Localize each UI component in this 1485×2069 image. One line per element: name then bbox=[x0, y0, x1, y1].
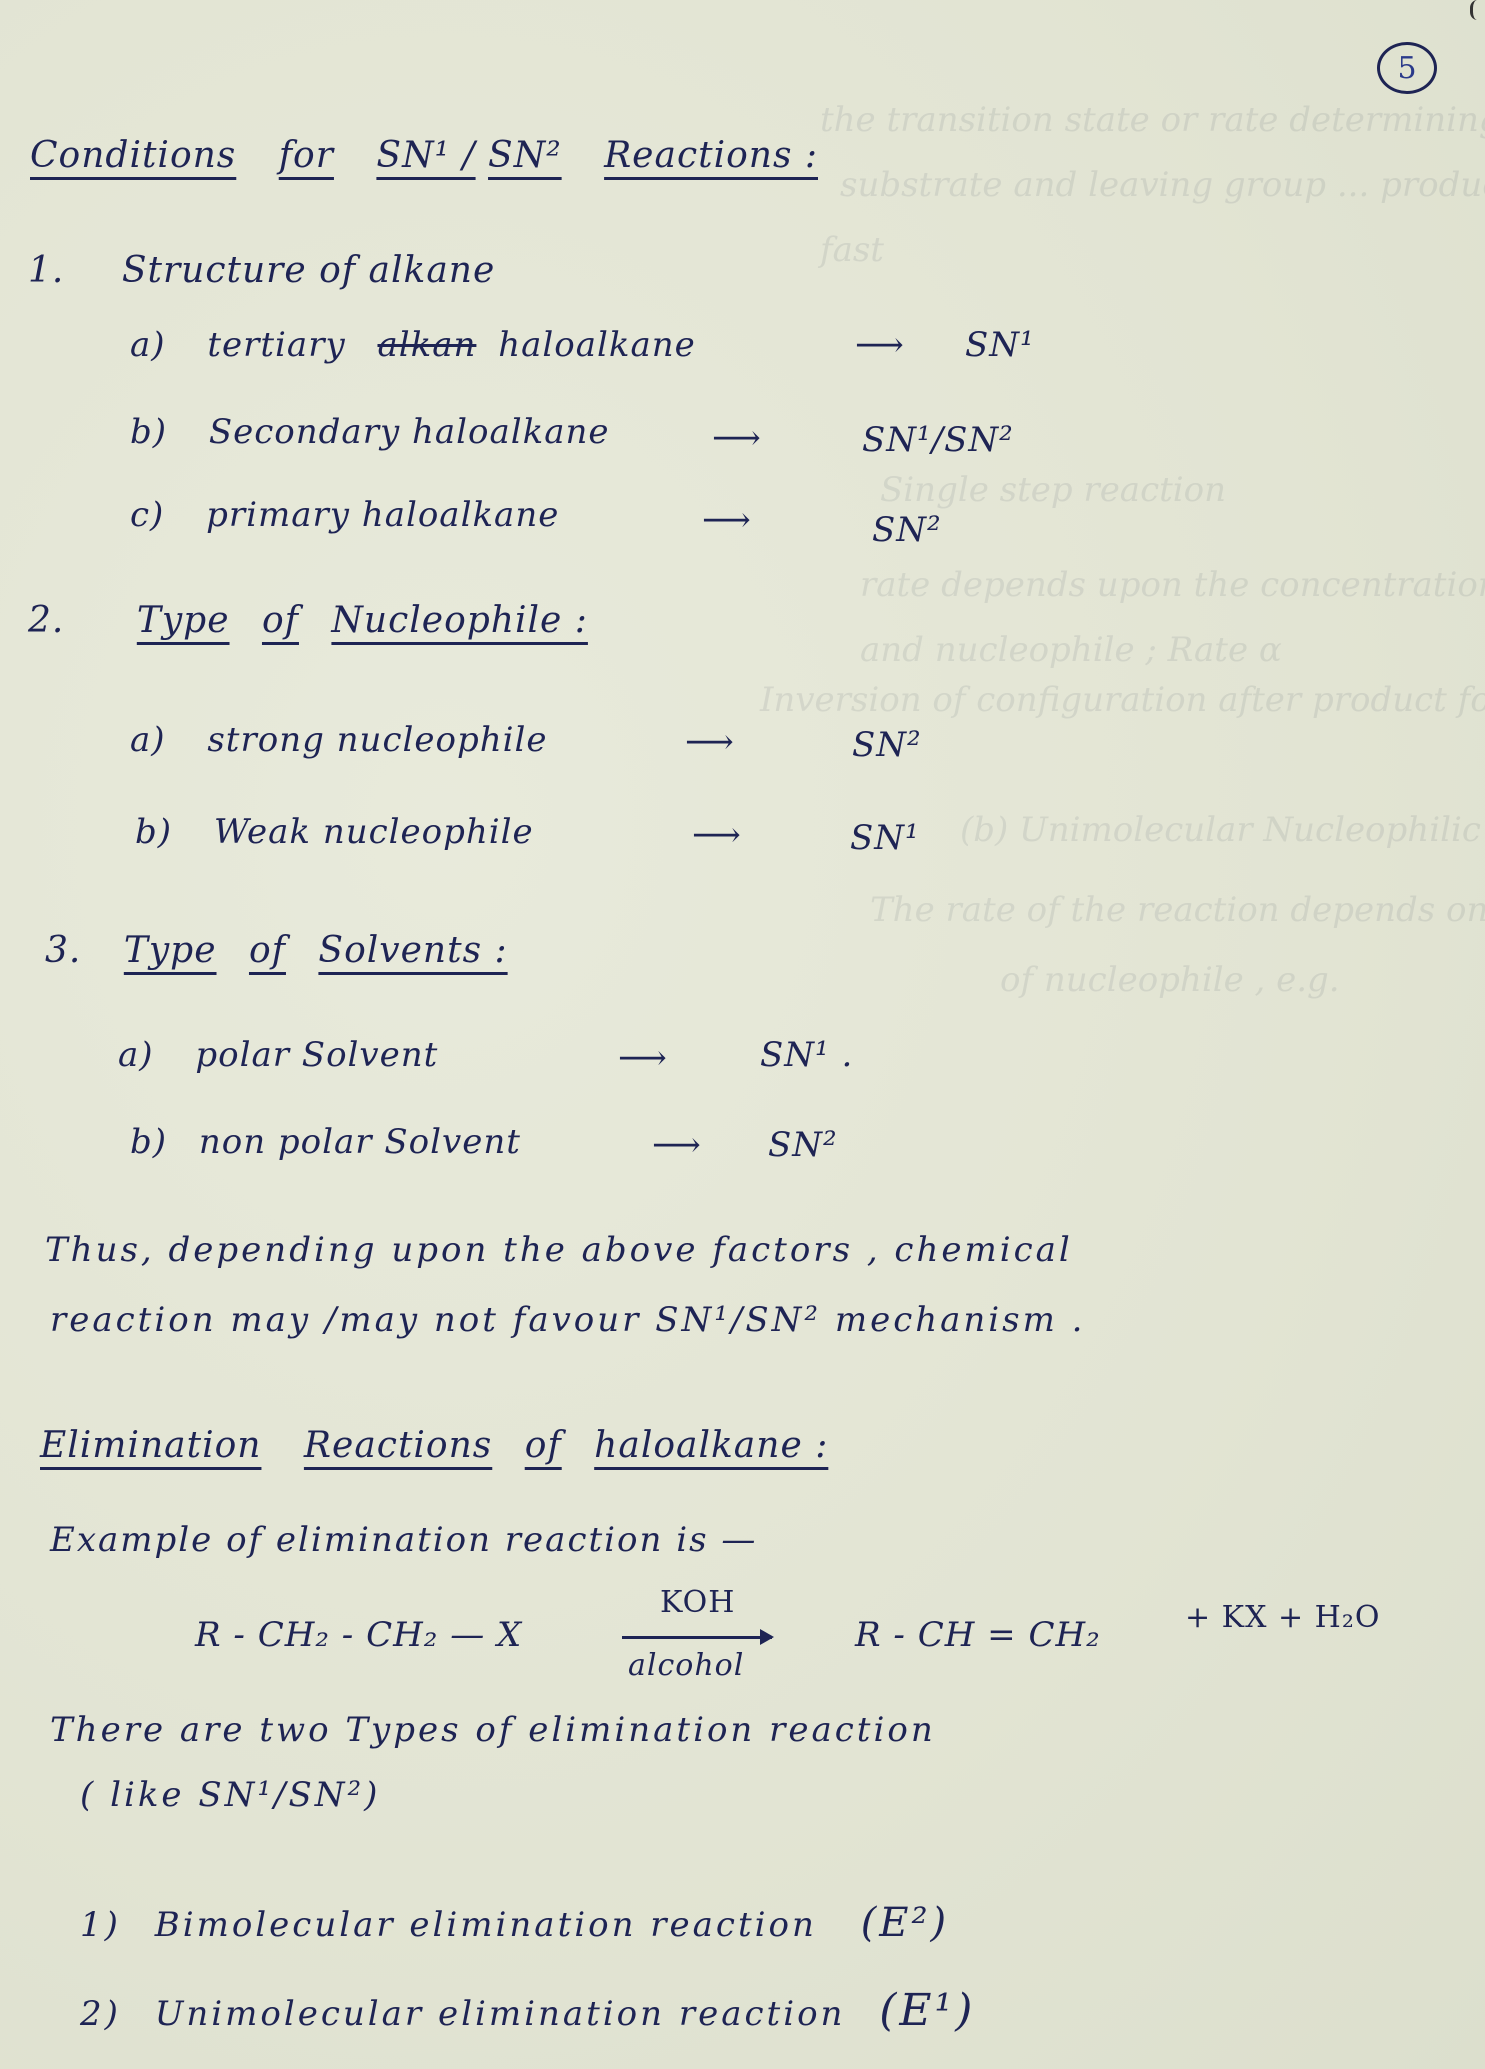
subitem-text: Weak nucleophile bbox=[214, 812, 534, 852]
subitem-1c-result: SN² bbox=[872, 510, 942, 550]
item-number: 2. bbox=[28, 600, 64, 641]
right-arrow-icon: ⟶ bbox=[855, 325, 904, 365]
reaction-arrow-icon bbox=[622, 1636, 772, 1639]
right-arrow-icon: ⟶ bbox=[652, 1125, 701, 1165]
subitem-text: polar Solvent bbox=[195, 1035, 438, 1075]
equation-reagent-below: alcohol bbox=[628, 1648, 744, 1683]
right-arrow-icon: ⟶ bbox=[692, 815, 741, 855]
bleedthrough-text: fast bbox=[820, 230, 884, 270]
example-intro: Example of elimination reaction is — bbox=[50, 1520, 757, 1560]
subitem-text: strong nucleophile bbox=[207, 720, 547, 760]
subitem-3b: b) non polar Solvent bbox=[130, 1122, 521, 1162]
title-word: SN² bbox=[488, 135, 562, 176]
subitem-2b-result: SN¹ bbox=[850, 818, 920, 858]
title-word: of bbox=[525, 1425, 562, 1466]
section-title-elimination: Elimination Reactions of haloalkane : bbox=[40, 1425, 828, 1466]
section-title-conditions: Conditions for SN¹ / SN² Reactions : bbox=[30, 135, 818, 176]
bleedthrough-text: Inversion of configuration after product… bbox=[760, 680, 1485, 720]
right-arrow-icon: ⟶ bbox=[712, 418, 761, 458]
item-1-heading: 1. Structure of alkane bbox=[28, 250, 495, 291]
page-number-circle: 5 bbox=[1377, 42, 1437, 94]
item-heading-text: Structure of alkane bbox=[122, 250, 495, 291]
subitem-2a-result: SN² bbox=[852, 725, 922, 765]
item-number: 3. bbox=[45, 930, 81, 971]
equation-product: R - CH = CH₂ bbox=[855, 1615, 1101, 1655]
types-intro-line-2: ( like SN¹/SN²) bbox=[80, 1775, 380, 1815]
subitem-2b: b) Weak nucleophile bbox=[135, 812, 534, 852]
subitem-text: Secondary haloalkane bbox=[209, 412, 610, 452]
bleedthrough-text: The rate of the reaction depends only up… bbox=[870, 890, 1485, 930]
equation-reactant: R - CH₂ - CH₂ — X bbox=[195, 1615, 522, 1655]
heading-word: Type bbox=[137, 600, 230, 641]
struck-word: alkan bbox=[377, 325, 476, 365]
subitem-text: primary haloalkane bbox=[206, 495, 559, 535]
binder-ring-mark bbox=[1470, 0, 1485, 20]
heading-word: of bbox=[249, 930, 286, 971]
subitem-label: a) bbox=[130, 720, 166, 760]
subitem-3a: a) polar Solvent bbox=[118, 1035, 438, 1075]
bleedthrough-text: rate depends upon the concentration of R… bbox=[860, 565, 1485, 605]
subitem-1b: b) Secondary haloalkane bbox=[130, 412, 610, 452]
subitem-2a: a) strong nucleophile bbox=[130, 720, 548, 760]
subitem-text: haloalkane bbox=[498, 325, 696, 365]
handwritten-notes-page: the transition state or rate determining… bbox=[0, 0, 1485, 2069]
bleedthrough-text: of nucleophile , e.g. bbox=[1000, 960, 1340, 1000]
right-arrow-icon: ⟶ bbox=[685, 722, 734, 762]
title-word: Conditions bbox=[30, 135, 236, 176]
equation-byproducts: + KX + H₂O bbox=[1185, 1600, 1380, 1635]
item-2-heading: 2. Type of Nucleophile : bbox=[28, 600, 588, 641]
equation-reagent-above: KOH bbox=[660, 1585, 735, 1620]
subitem-label: b) bbox=[135, 812, 172, 852]
subitem-text: non polar Solvent bbox=[199, 1122, 521, 1162]
bleedthrough-text: and nucleophile ; Rate α bbox=[860, 630, 1282, 670]
heading-word: Type bbox=[124, 930, 217, 971]
elimination-type-2: 2) Unimolecular elimination reaction (E¹… bbox=[80, 1985, 975, 2036]
types-intro-line-1: There are two Types of elimination react… bbox=[50, 1710, 936, 1750]
bleedthrough-text: substrate and leaving group ... product … bbox=[840, 165, 1485, 205]
title-word: haloalkane : bbox=[594, 1425, 828, 1466]
subitem-label: c) bbox=[130, 495, 164, 535]
type-label: 1) bbox=[80, 1905, 121, 1945]
right-arrow-icon: ⟶ bbox=[618, 1038, 667, 1078]
type-abbr: (E²) bbox=[861, 1900, 949, 1946]
type-abbr: (E¹) bbox=[879, 1985, 975, 2036]
subitem-3a-result: SN¹ . bbox=[760, 1035, 853, 1075]
subitem-1b-result: SN¹/SN² bbox=[862, 420, 1014, 460]
elimination-type-1: 1) Bimolecular elimination reaction (E²) bbox=[80, 1900, 949, 1946]
item-3-heading: 3. Type of Solvents : bbox=[45, 930, 508, 971]
bleedthrough-text: (b) Unimolecular Nucleophilic Substituti… bbox=[960, 810, 1485, 850]
subitem-text: tertiary bbox=[207, 325, 345, 365]
conclusion-line-2: reaction may /may not favour SN¹/SN² mec… bbox=[50, 1300, 1086, 1340]
subitem-1a-result: SN¹ bbox=[965, 325, 1035, 365]
conclusion-line-1: Thus, depending upon the above factors ,… bbox=[45, 1230, 1073, 1270]
subitem-label: b) bbox=[130, 412, 167, 452]
type-text: Bimolecular elimination reaction bbox=[155, 1905, 817, 1945]
title-word: Reactions : bbox=[604, 135, 818, 176]
title-word: Reactions bbox=[304, 1425, 492, 1466]
type-label: 2) bbox=[80, 1994, 121, 2034]
title-word: SN¹ / bbox=[376, 135, 475, 176]
item-number: 1. bbox=[28, 250, 64, 291]
right-arrow-icon: ⟶ bbox=[702, 500, 751, 540]
heading-word: Solvents : bbox=[318, 930, 507, 971]
heading-word: Nucleophile : bbox=[331, 600, 587, 641]
subitem-label: a) bbox=[130, 325, 166, 365]
type-text: Unimolecular elimination reaction bbox=[155, 1994, 846, 2034]
subitem-3b-result: SN² bbox=[768, 1125, 838, 1165]
title-word: Elimination bbox=[40, 1425, 261, 1466]
subitem-1a: a) tertiary alkan haloalkane bbox=[130, 325, 696, 365]
subitem-label: b) bbox=[130, 1122, 167, 1162]
bleedthrough-text: Single step reaction bbox=[880, 470, 1226, 510]
subitem-1c: c) primary haloalkane bbox=[130, 495, 559, 535]
subitem-label: a) bbox=[118, 1035, 154, 1075]
bleedthrough-text: the transition state or rate determining… bbox=[820, 100, 1485, 140]
heading-word: of bbox=[262, 600, 299, 641]
title-word: for bbox=[279, 135, 334, 176]
